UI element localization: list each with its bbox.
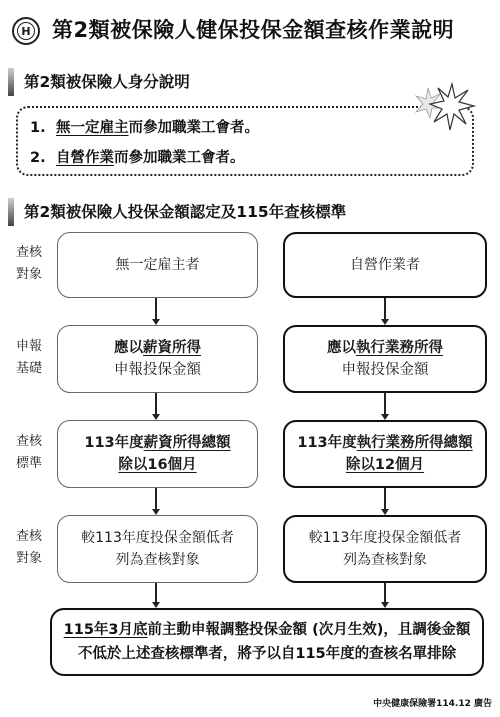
- row-label-basis: 申報 基礎: [12, 336, 46, 380]
- box-salary-standard: 113年度薪資所得總額 除以16個月: [57, 420, 258, 488]
- box-line: 列為查核對象: [343, 549, 427, 571]
- final-line-2: 不低於上述查核標準者，將予以自115年度的查核名單排除: [78, 642, 456, 666]
- item-number: 1.: [30, 120, 56, 136]
- label-line: 查核: [12, 526, 46, 548]
- identity-item-1: 1.無一定雇主而參加職業工會者。: [30, 116, 259, 137]
- label-line: 查核: [12, 242, 46, 264]
- text-underlined: 執行業務所得: [356, 340, 443, 356]
- box-line: 申報投保金額: [342, 359, 429, 381]
- star-burst-icon: [408, 82, 478, 134]
- box-line: 應以執行業務所得: [327, 337, 443, 359]
- connector-line: [384, 298, 386, 319]
- box-line: 除以12個月: [346, 454, 424, 476]
- box-text: 無一定雇主者: [116, 254, 200, 276]
- box-line: 申報投保金額: [114, 359, 201, 381]
- section-marker-icon: [8, 68, 14, 96]
- row-label-standard: 查核 標準: [12, 431, 46, 475]
- text-prefix: 應以: [327, 340, 356, 356]
- box-line: 113年度執行業務所得總額: [297, 432, 472, 454]
- box-business-audit-target: 較113年度投保金額低者 列為查核對象: [283, 515, 487, 583]
- text-rest: 前主動申報調整投保金額 (次月生效)，且調後金額: [148, 622, 471, 638]
- item-text: 而參加職業工會者。: [114, 150, 245, 166]
- box-self-employed: 自營作業者: [283, 232, 487, 298]
- box-line: 除以16個月: [118, 454, 196, 476]
- label-line: 對象: [12, 264, 46, 286]
- final-line-1: 115年3月底前主動申報調整投保金額 (次月生效)，且調後金額: [64, 618, 471, 642]
- text-underlined: 115年3月底: [64, 622, 148, 638]
- text-underlined: 執行業務所得總額: [357, 435, 473, 451]
- text-prefix: 113年度: [297, 435, 356, 451]
- identity-item-2: 2.自營作業而參加職業工會者。: [30, 146, 245, 167]
- box-line: 應以薪資所得: [114, 337, 201, 359]
- item-underlined: 無一定雇主: [56, 120, 129, 136]
- footer-credit: 中央健康保險署114.12 廣告: [373, 696, 492, 709]
- connector-line: [155, 393, 157, 414]
- text-underlined: 薪資所得: [143, 340, 201, 356]
- label-line: 對象: [12, 548, 46, 570]
- label-line: 查核: [12, 431, 46, 453]
- connector-line: [155, 298, 157, 319]
- box-line: 113年度薪資所得總額: [84, 432, 230, 454]
- section-title-identity: 第2類被保險人身分說明: [24, 70, 190, 92]
- nhi-logo-icon: H: [12, 17, 40, 45]
- box-salary-basis: 應以薪資所得 申報投保金額: [57, 325, 258, 393]
- label-line: 申報: [12, 336, 46, 358]
- connector-line: [384, 393, 386, 414]
- connector-line: [155, 488, 157, 509]
- section-marker-icon: [8, 198, 14, 226]
- box-salary-audit-target: 較113年度投保金額低者 列為查核對象: [57, 515, 258, 583]
- row-label-audit-target: 查核 對象: [12, 526, 46, 570]
- box-line: 列為查核對象: [116, 549, 200, 571]
- final-note-box: 115年3月底前主動申報調整投保金額 (次月生效)，且調後金額 不低於上述查核標…: [50, 608, 484, 676]
- connector-line: [384, 488, 386, 509]
- section-title-standards: 第2類被保險人投保金額認定及115年查核標準: [24, 200, 346, 222]
- box-business-basis: 應以執行業務所得 申報投保金額: [283, 325, 487, 393]
- box-business-standard: 113年度執行業務所得總額 除以12個月: [283, 420, 487, 488]
- box-line: 較113年度投保金額低者: [309, 527, 462, 549]
- item-number: 2.: [30, 150, 56, 166]
- box-text: 自營作業者: [350, 254, 420, 276]
- label-line: 基礎: [12, 358, 46, 380]
- page-title: 第2類被保險人健保投保金額查核作業說明: [52, 14, 454, 44]
- label-line: 標準: [12, 453, 46, 475]
- box-line: 較113年度投保金額低者: [81, 527, 234, 549]
- item-text: 而參加職業工會者。: [129, 120, 260, 136]
- text-prefix: 113年度: [84, 435, 143, 451]
- item-underlined: 自營作業: [56, 150, 114, 166]
- box-no-employer: 無一定雇主者: [57, 232, 258, 298]
- connector-line: [384, 583, 386, 602]
- connector-line: [155, 583, 157, 602]
- text-underlined: 薪資所得總額: [144, 435, 231, 451]
- text-prefix: 應以: [114, 340, 143, 356]
- row-label-target: 查核 對象: [12, 242, 46, 286]
- logo-glyph: H: [17, 22, 35, 40]
